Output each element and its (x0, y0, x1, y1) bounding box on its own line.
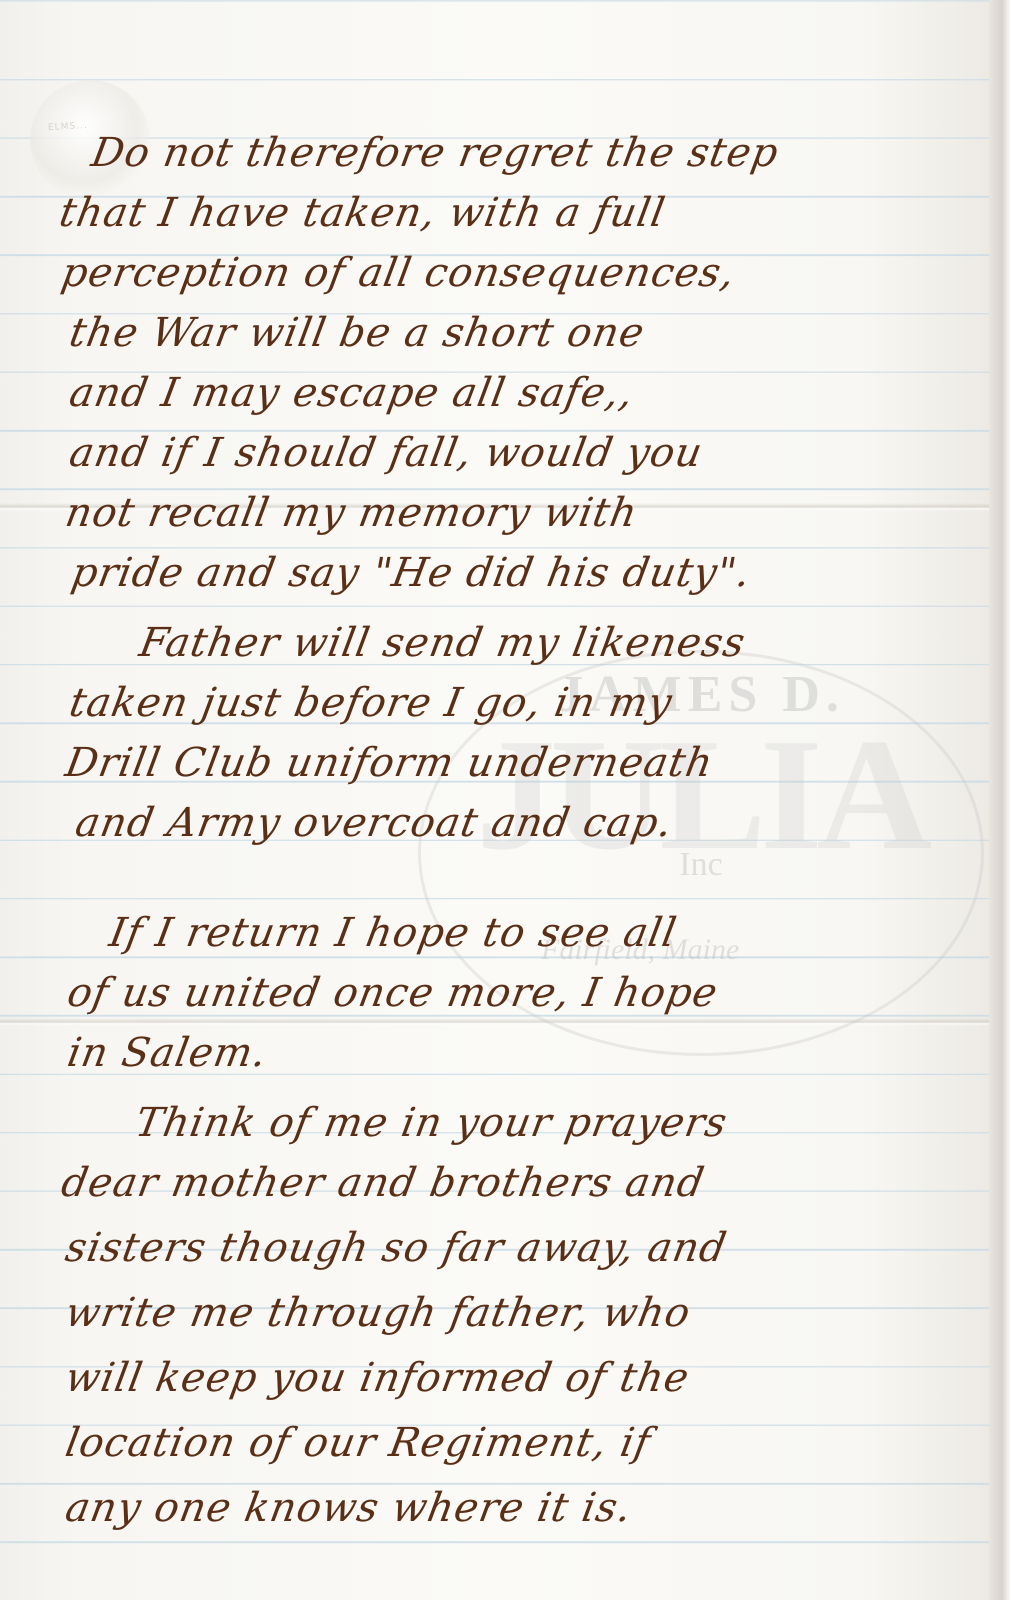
text-line: of us united once more, I hope (64, 970, 722, 1016)
text-line: Think of me in your prayers (132, 1100, 731, 1146)
text-line: in Salem. (64, 1030, 271, 1076)
text-line: and if I should fall, would you (66, 430, 706, 476)
text-line: Do not therefore regret the step (88, 130, 782, 176)
text-line: pride and say "He did his duty". (68, 550, 755, 596)
text-line: location of our Regiment, if (62, 1420, 655, 1466)
text-line: sisters though so far away, and (62, 1225, 731, 1271)
paper-fold (0, 1018, 1011, 1026)
text-line: the War will be a short one (66, 310, 648, 356)
letter-page: ELMS... JAMES D. JULIA Inc Fairfield, Ma… (0, 0, 1011, 1600)
paper-edge (989, 0, 1011, 1600)
text-line: Drill Club uniform underneath (62, 740, 717, 786)
text-line: taken just before I go, in my (66, 680, 676, 726)
text-line: not recall my memory with (62, 490, 641, 536)
text-line: that I have taken, with a full (56, 190, 669, 236)
text-line: If I return I hope to see all (106, 910, 680, 956)
text-line: any one knows where it is. (62, 1485, 636, 1531)
text-line: and Army overcoat and cap. (72, 800, 676, 846)
text-line: and I may escape all safe,, (66, 370, 638, 416)
text-line: Father will send my likeness (136, 620, 749, 666)
embossed-seal-label: ELMS... (48, 121, 88, 133)
text-line: write me through father, who (62, 1290, 694, 1336)
text-line: will keep you informed of the (62, 1355, 693, 1401)
text-line: dear mother and brothers and (58, 1160, 708, 1206)
text-line: perception of all consequences, (58, 250, 739, 296)
